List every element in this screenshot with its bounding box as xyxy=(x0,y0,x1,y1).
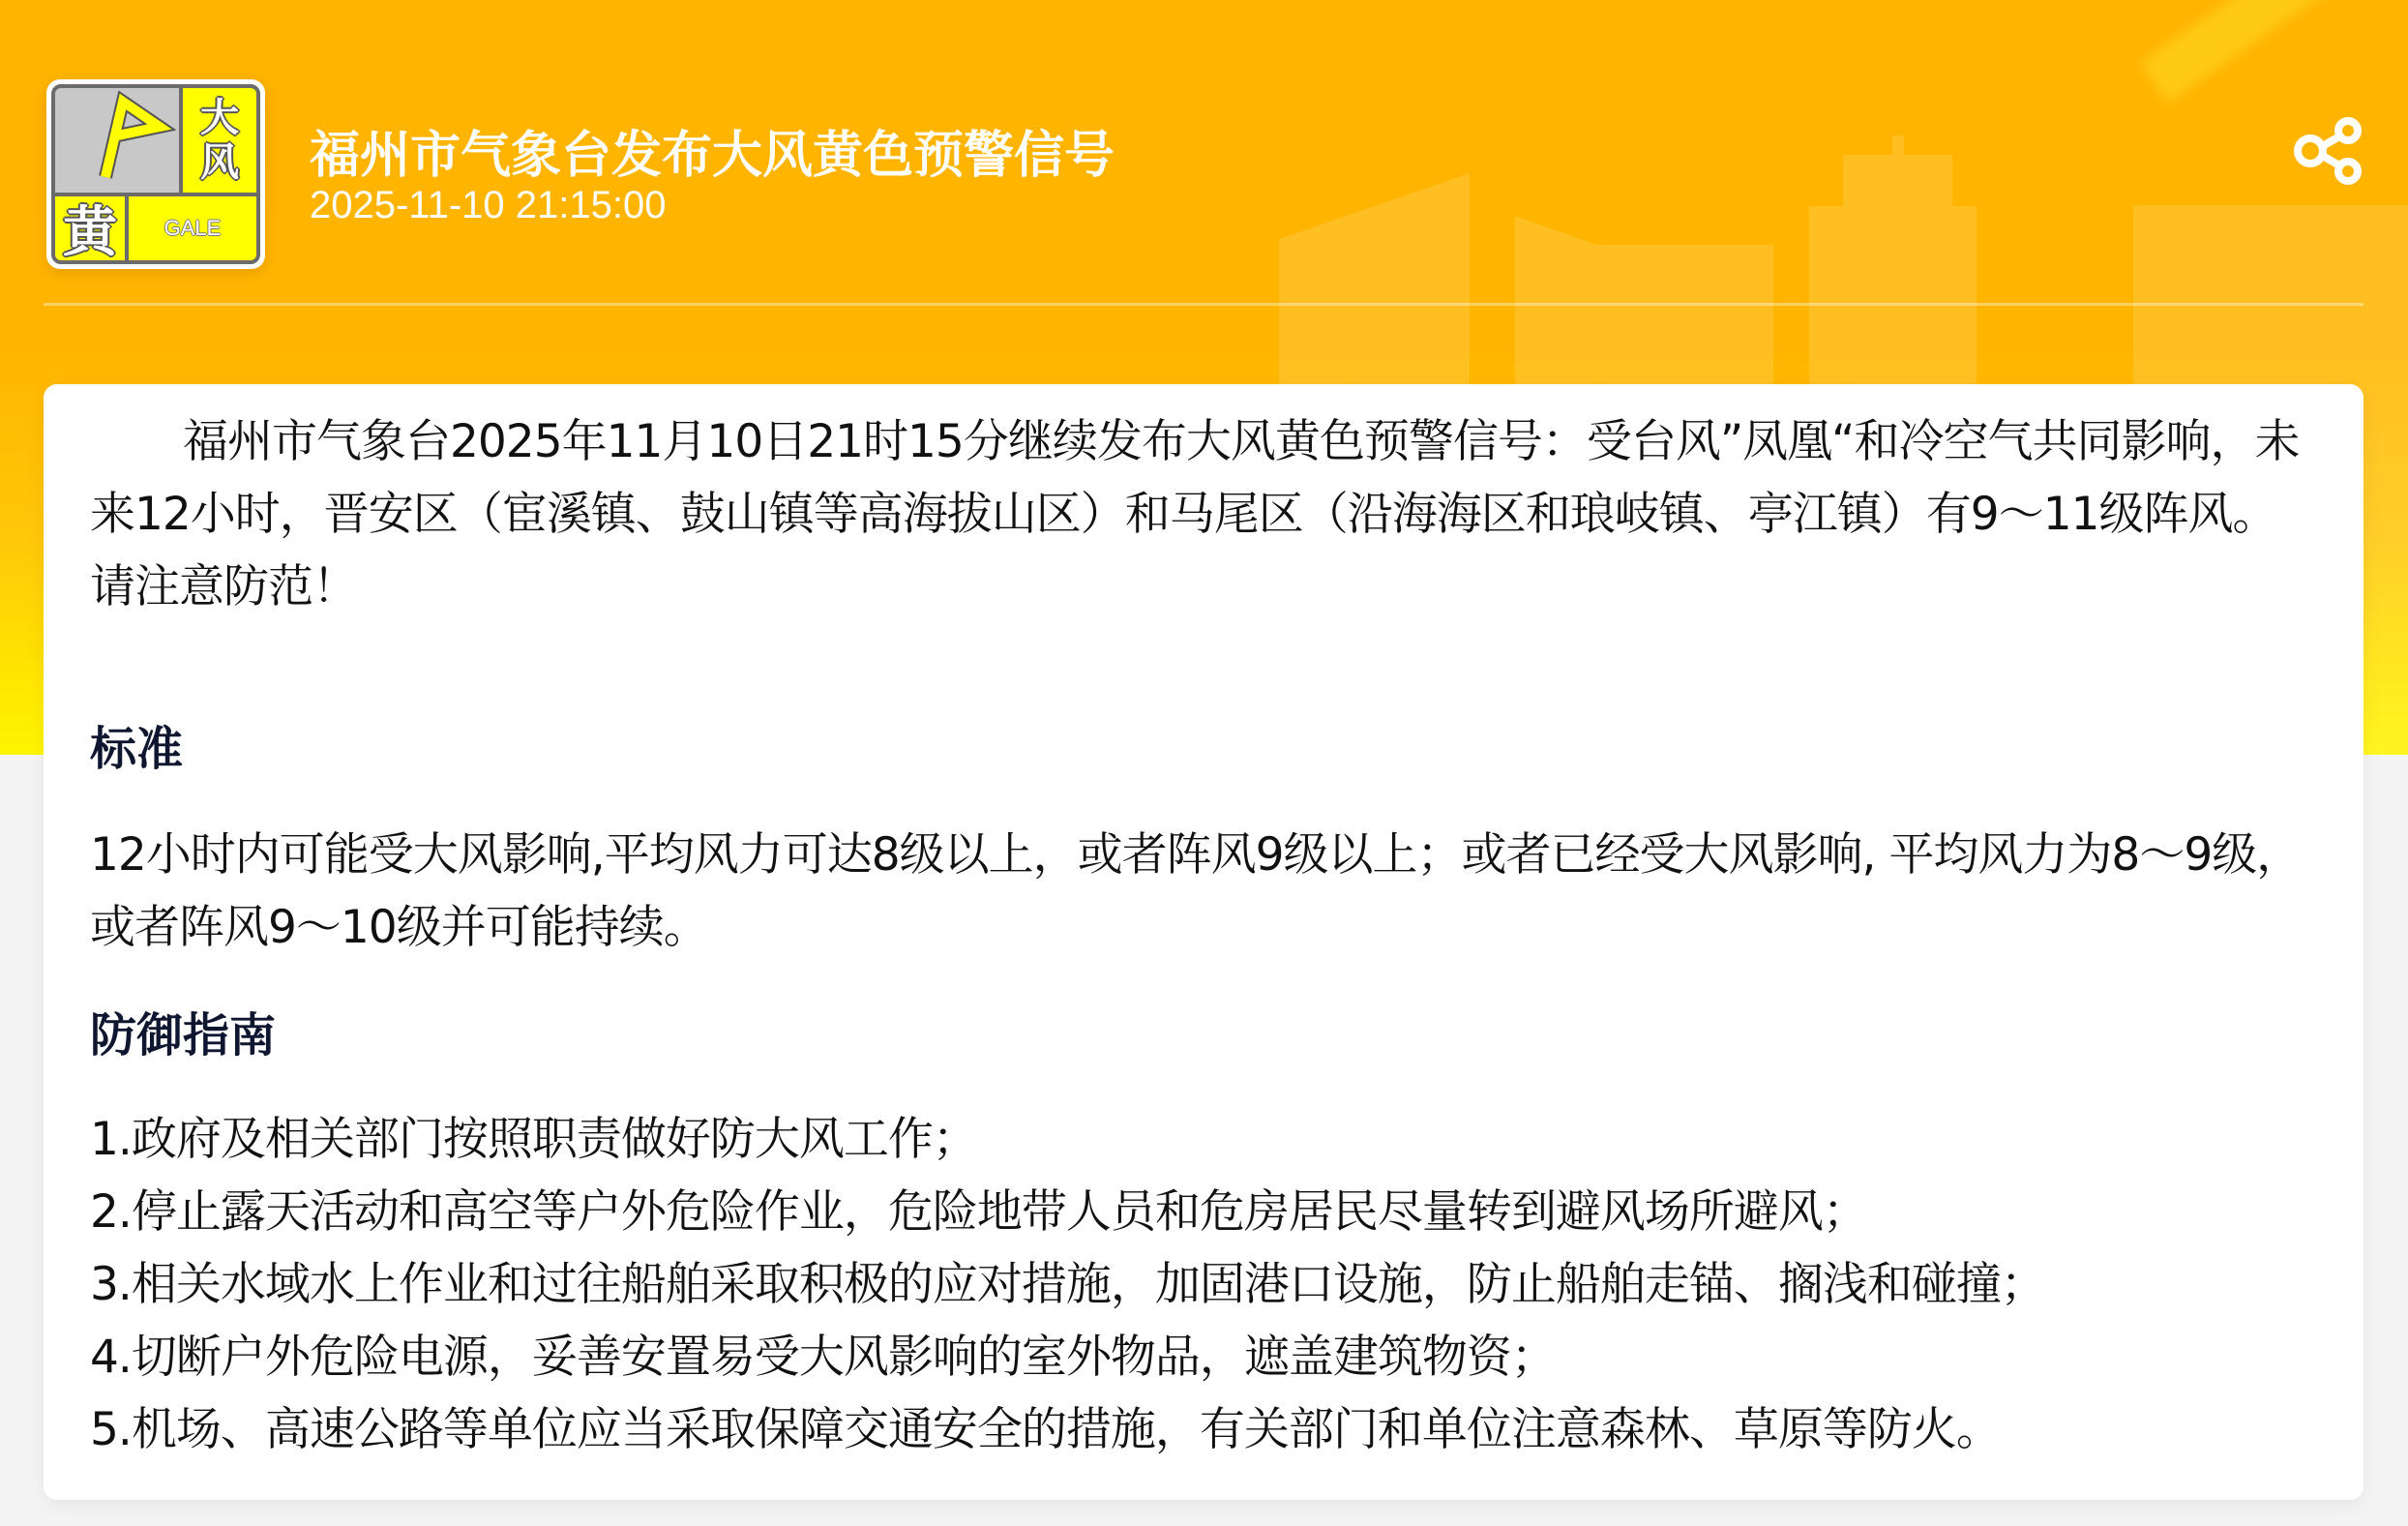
badge-english-label: GALE xyxy=(129,196,256,260)
standard-section: 标准 12小时内可能受大风影响,平均风力可达8级以上，或者阵风9级以上；或者已经… xyxy=(90,720,2317,964)
standard-text: 12小时内可能受大风影响,平均风力可达8级以上，或者阵风9级以上；或者已经受大风… xyxy=(90,819,2317,964)
guide-item: 3.相关水域水上作业和过往船舶采取积极的应对措施，加固港口设施，防止船舶走锚、搁… xyxy=(90,1248,2317,1321)
issue-datetime: 2025-11-10 21:15:00 xyxy=(310,184,666,227)
page-title: 福州市气象台发布大风黄色预警信号 xyxy=(310,114,1115,187)
share-icon xyxy=(2291,114,2368,188)
gale-yellow-warning-badge: 大 风 黄 GALE xyxy=(46,79,265,269)
wind-flag-icon xyxy=(55,88,179,193)
guide-item: 2.停止露天活动和高空等户外危险作业，危险地带人员和危房居民尽量转到避风场所避风… xyxy=(90,1176,2317,1248)
header-divider xyxy=(44,303,2363,306)
guide-item: 1.政府及相关部门按照职责做好防大风工作； xyxy=(90,1103,2317,1176)
standard-heading: 标准 xyxy=(90,720,2317,778)
guide-section: 防御指南 1.政府及相关部门按照职责做好防大风工作； 2.停止露天活动和高空等户… xyxy=(90,1006,2317,1466)
badge-char-da: 大 xyxy=(200,96,239,140)
guide-item: 4.切断户外危险电源，妥善安置易受大风影响的室外物品，遮盖建筑物资； xyxy=(90,1321,2317,1393)
warning-detail-card: 福州市气象台2025年11月10日21时15分继续发布大风黄色预警信号：受台风”… xyxy=(44,384,2363,1500)
guide-heading: 防御指南 xyxy=(90,1006,2317,1064)
share-button[interactable] xyxy=(2291,114,2368,188)
badge-level-label: 黄 xyxy=(55,196,125,260)
guide-item: 5.机场、高速公路等单位应当采取保障交通安全的措施，有关部门和单位注意森林、草原… xyxy=(90,1393,2317,1466)
guide-list: 1.政府及相关部门按照职责做好防大风工作； 2.停止露天活动和高空等户外危险作业… xyxy=(90,1103,2317,1466)
badge-type-label: 大 风 xyxy=(183,88,256,193)
badge-char-feng: 风 xyxy=(200,140,239,185)
warning-intro: 福州市气象台2025年11月10日21时15分继续发布大风黄色预警信号：受台风”… xyxy=(90,405,2317,623)
